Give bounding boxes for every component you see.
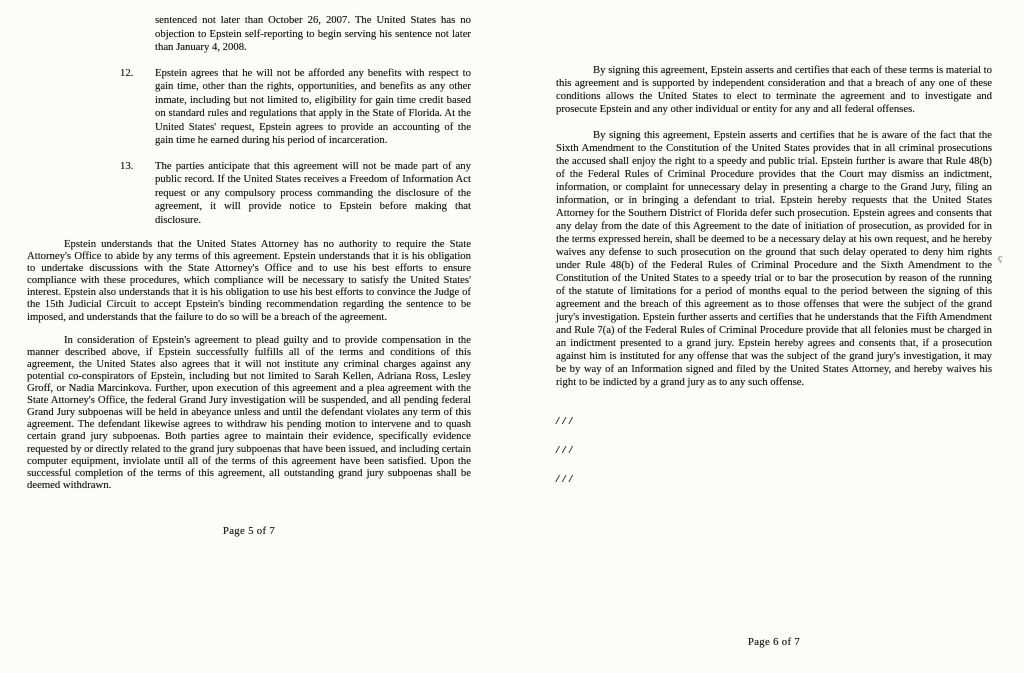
list-item-12: 12. Epstein agrees that he will not be a… (27, 67, 471, 148)
paragraph-terms-material: By signing this agreement, Epstein asser… (556, 64, 992, 116)
paragraph-state-attorney: Epstein understands that the United Stat… (27, 238, 471, 323)
page-5: sentenced not later than October 26, 200… (27, 14, 471, 554)
document-scan: sentenced not later than October 26, 200… (0, 0, 1024, 673)
list-item-12-text: Epstein agrees that he will not be affor… (155, 67, 471, 148)
slash-placeholder-1: /// (556, 415, 992, 427)
slash-placeholder-2: /// (556, 444, 992, 456)
page-number-right: Page 6 of 7 (556, 636, 992, 648)
list-item-13: 13. The parties anticipate that this agr… (27, 160, 471, 228)
slash-placeholder-3: /// (556, 473, 992, 485)
page-6: By signing this agreement, Epstein asser… (556, 64, 992, 664)
paragraph-sixth-amendment: By signing this agreement, Epstein asser… (556, 129, 992, 389)
page-number-left: Page 5 of 7 (27, 525, 471, 537)
list-item-13-text: The parties anticipate that this agreeme… (155, 160, 471, 228)
paragraph-co-conspirators: In consideration of Epstein's agreement … (27, 334, 471, 491)
list-item-12-number: 12. (120, 67, 155, 148)
list-item-13-number: 13. (120, 160, 155, 228)
stray-pen-mark: ς (997, 252, 1004, 265)
continuation-paragraph: sentenced not later than October 26, 200… (155, 14, 471, 55)
